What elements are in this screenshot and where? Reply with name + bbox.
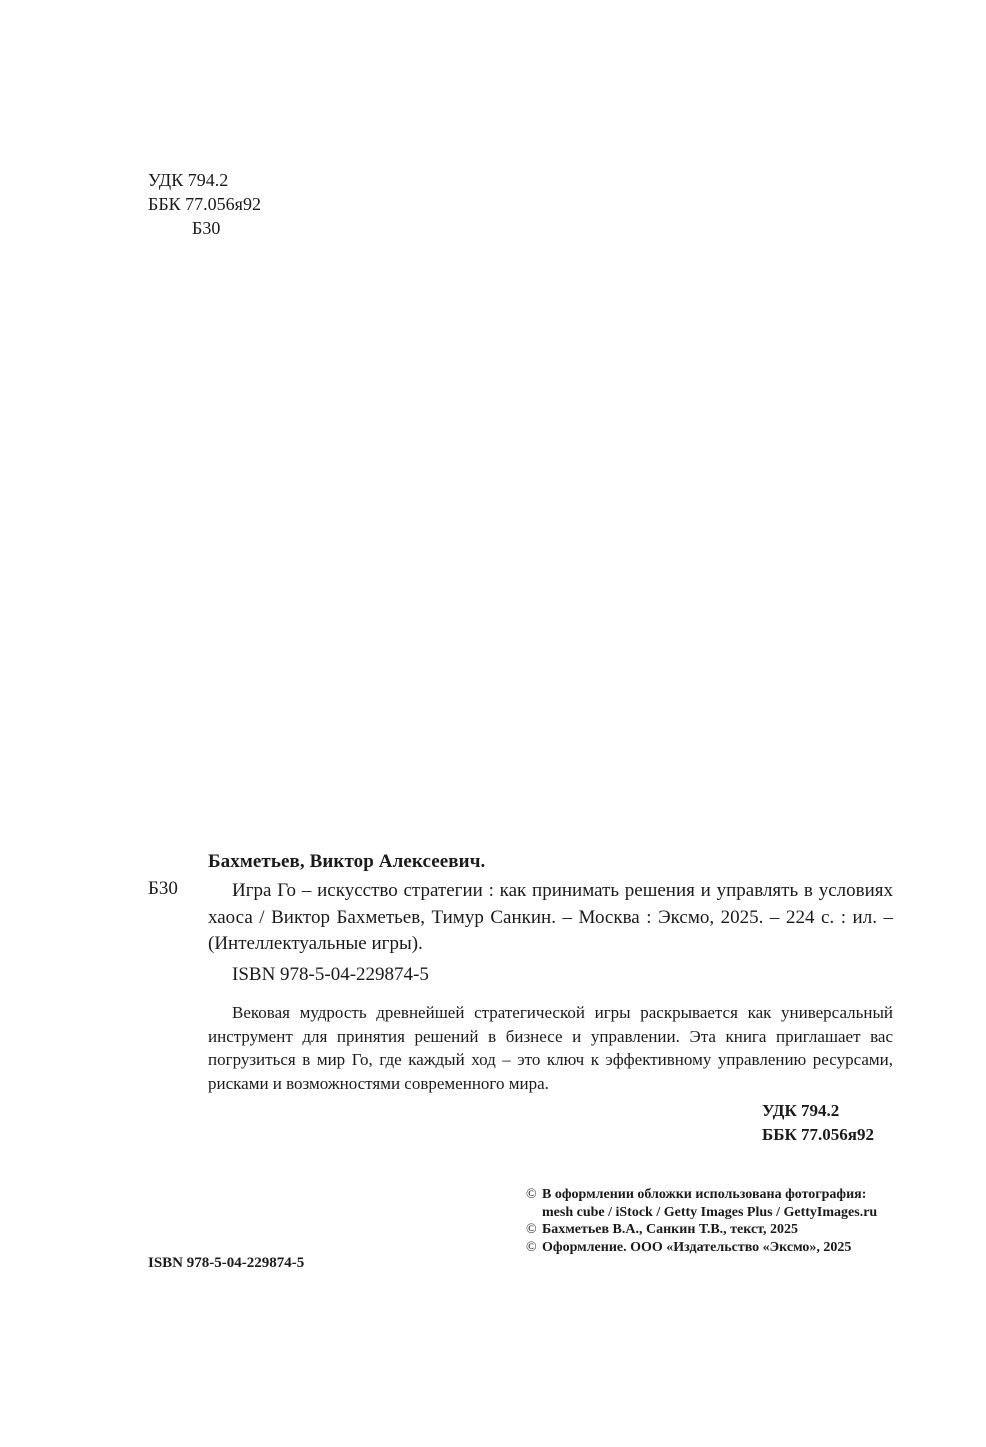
copyright-block: © В оформлении обложки использована фото… xyxy=(526,1186,896,1256)
udk-code: УДК 794.2 xyxy=(148,168,261,192)
author-mark: Б30 xyxy=(148,216,261,240)
card-author-mark: Б30 xyxy=(148,878,178,900)
copyright-item-design: © Оформление. ООО «Издательство «Эксмо»,… xyxy=(526,1239,896,1257)
copyright-text: Бахметьев В.А., Санкин Т.В., текст, 2025 xyxy=(542,1222,798,1237)
copyright-item-text: © Бахметьев В.А., Санкин Т.В., текст, 20… xyxy=(526,1221,896,1239)
right-classification-block: УДК 794.2 ББК 77.056я92 xyxy=(762,1099,874,1147)
isbn-entry: ISBN 978-5-04-229874-5 xyxy=(232,964,429,986)
copyright-item-cover-photo: © В оформлении обложки использована фото… xyxy=(526,1186,896,1221)
bbk-code-bold: ББК 77.056я92 xyxy=(762,1123,874,1147)
copyright-text: В оформлении обложки использована фотогр… xyxy=(542,1187,877,1220)
copyright-icon: © xyxy=(526,1221,537,1239)
top-classification-block: УДК 794.2 ББК 77.056я92 Б30 xyxy=(148,168,261,240)
annotation-text: Вековая мудрость древнейшей стратегическ… xyxy=(208,1001,893,1095)
bottom-isbn: ISBN 978-5-04-229874-5 xyxy=(148,1255,304,1272)
bibliographic-entry: Игра Го – искусство стратегии : как прин… xyxy=(208,878,893,958)
author-heading: Бахметьев, Виктор Алексеевич. xyxy=(208,851,485,873)
copyright-icon: © xyxy=(526,1186,537,1204)
bbk-code: ББК 77.056я92 xyxy=(148,192,261,216)
copyright-icon: © xyxy=(526,1239,537,1257)
copyright-text: Оформление. ООО «Издательство «Эксмо», 2… xyxy=(542,1240,851,1255)
udk-code-bold: УДК 794.2 xyxy=(762,1099,874,1123)
